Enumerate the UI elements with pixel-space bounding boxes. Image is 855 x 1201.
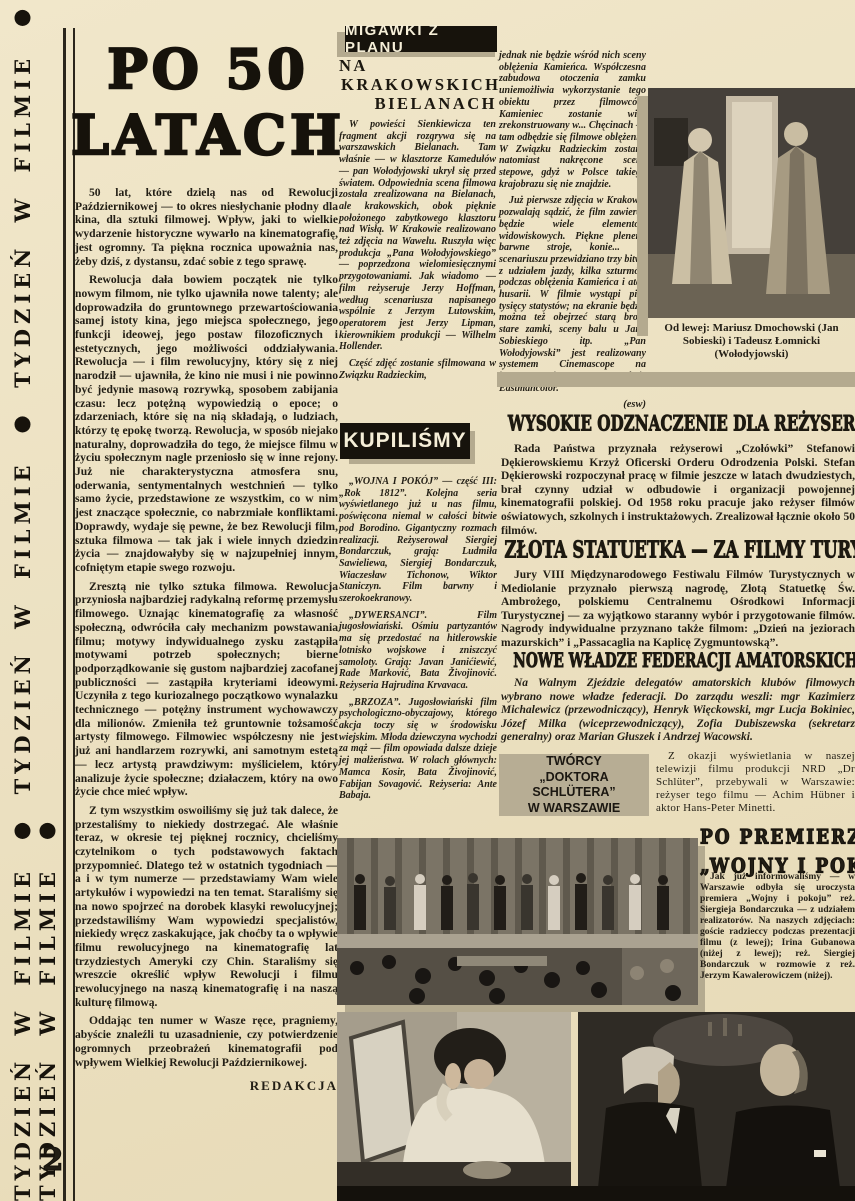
editorial-signature: REDAKCJA (75, 1079, 338, 1093)
wladze-body: Na Walnym Zjeździe delegatów amatorskich… (501, 677, 855, 745)
premiera-headline-line1: PO PREMIERZE (700, 824, 855, 853)
migawki-paragraph: jednak nie będzie wśród nich sceny oblęż… (499, 50, 646, 190)
page-number: 2 (42, 1142, 64, 1178)
tworcy-body: Z okazji wyświetlania w naszej telewizji… (656, 750, 855, 815)
photo-bottom-strip (337, 1186, 855, 1201)
migawki-section-tag: MIGAWKI Z PLANU (345, 26, 497, 52)
migawki-column-2: jednak nie będzie wśród nich sceny oblęż… (499, 50, 646, 411)
migawki-paragraph: Część zdjęć zostanie sfilmowana w Związk… (339, 358, 496, 381)
actress-photo-image (337, 1012, 571, 1188)
set-photo-image (648, 88, 855, 318)
stage-photo (337, 838, 698, 1005)
odznaczenie-body: Rada Państwa przyznała reżyserowi „Czołó… (501, 443, 855, 538)
tworcy-box-line3: W WARSZAWIE (499, 801, 649, 817)
lead-paragraph: Zresztą nie tylko sztuka filmowa. Rewolu… (75, 580, 338, 799)
migawki-headline-line1: NA (339, 56, 497, 75)
migawki-headline-line2: KRAKOWSKICH (339, 75, 497, 94)
lead-article-body: 50 lat, które dzielą nas od Rewolucji Pa… (75, 186, 338, 1093)
lead-paragraph: Oddając ten numer w Wasze ręce, pragniem… (75, 1014, 338, 1069)
wladze-headline: NOWE WŁADZE FEDERACJI AMATORSKICH KLUBÓW… (513, 649, 841, 672)
kupilismy-paragraph: „DYWERSANCI”. Film jugosłowiański. Ośmiu… (339, 610, 497, 692)
section-divider-band (497, 372, 855, 387)
premiera-body: Jak już informowaliśmy — w Warszawie odb… (700, 872, 855, 982)
statuetka-paragraph: Jury VIII Międzynarodowego Festiwalu Fil… (501, 569, 855, 651)
lead-paragraph: Rewolucja dała bowiem początek nie tylko… (75, 273, 338, 574)
lead-title-line1: PO 50 (70, 36, 346, 102)
masthead-rule-thick (63, 28, 66, 1201)
lead-paragraph: 50 lat, które dzielą nas od Rewolucji Pa… (75, 186, 338, 268)
migawki-paragraph: Już pierwsze zdjęcia w Krakowie pozwalaj… (499, 195, 646, 394)
odznaczenie-headline: WYSOKIE ODZNACZENIE DLA REŻYSERA „CZOŁÓW… (508, 410, 846, 436)
tworcy-box: TWÓRCY „DOKTORA SCHLÜTERA” W WARSZAWIE (499, 754, 649, 816)
kupilismy-paragraph: „BRZOZA”. Jugosłowiański film psychologi… (339, 697, 497, 802)
statuetka-headline: ZŁOTA STATUETKA — ZA FILMY TURYSTYCZNE (504, 537, 849, 564)
lead-article-title: PO 50 LATACH (70, 36, 346, 168)
stage-photo-image (337, 838, 698, 1005)
wladze-paragraph: Na Walnym Zjeździe delegatów amatorskich… (501, 677, 855, 745)
vertical-masthead: TYDZIEŃ W FILMIE ● TYDZIEŃ W FILMIE ● TY… (10, 0, 60, 1201)
migawki-headline-line3: BIELANACH (339, 94, 497, 113)
directors-photo (578, 1012, 855, 1188)
set-photo-caption: Od lewej: Mariusz Dmochowski (Jan Sobies… (648, 322, 855, 361)
directors-photo-image (578, 1012, 855, 1188)
kupilismy-paragraph: „WOJNA I POKÓJ” — część III: „Rok 1812”.… (339, 476, 497, 605)
set-photo-shadow (637, 96, 648, 336)
migawki-column-1: W powieści Sienkiewicza ten fragment akc… (339, 119, 496, 386)
tworcy-box-line2: „DOKTORA SCHLÜTERA” (499, 770, 649, 801)
magazine-page: TYDZIEŃ W FILMIE ● TYDZIEŃ W FILMIE ● TY… (0, 0, 855, 1201)
statuetka-body: Jury VIII Międzynarodowego Festiwalu Fil… (501, 569, 855, 651)
kupilismy-body: „WOJNA I POKÓJ” — część III: „Rok 1812”.… (339, 476, 497, 807)
kupilismy-section-tag: KUPILIŚMY (340, 423, 470, 459)
migawki-paragraph: W powieści Sienkiewicza ten fragment akc… (339, 119, 496, 353)
actress-photo (337, 1012, 571, 1188)
odznaczenie-paragraph: Rada Państwa przyznała reżyserowi „Czołó… (501, 443, 855, 538)
tworcy-box-line1: TWÓRCY (499, 754, 649, 770)
set-photo (648, 88, 855, 318)
tworcy-paragraph: Z okazji wyświetlania w naszej telewizji… (656, 750, 855, 815)
premiera-paragraph: Jak już informowaliśmy — w Warszawie odb… (700, 872, 855, 982)
lead-title-line2: LATACH (70, 102, 346, 168)
migawki-headline: NA KRAKOWSKICH BIELANACH (339, 56, 497, 113)
lead-paragraph: Z tym wszystkim oswoiliśmy się już tak d… (75, 804, 338, 1010)
